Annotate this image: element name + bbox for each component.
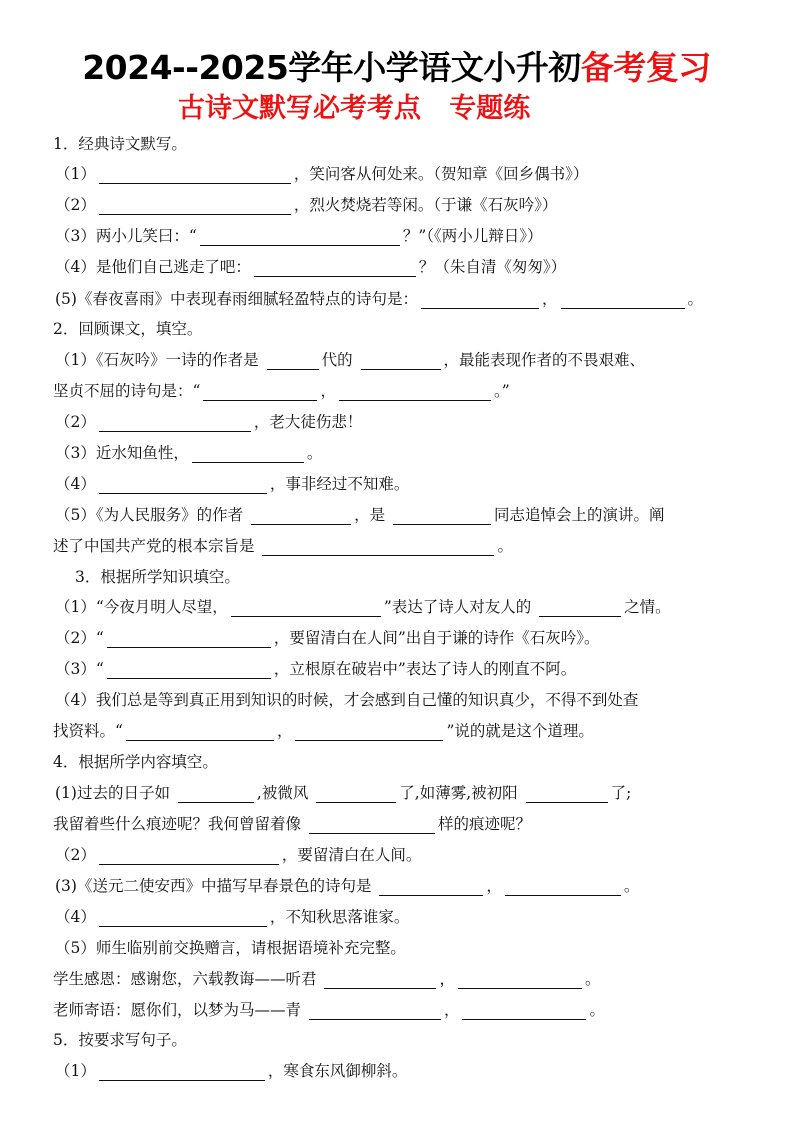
question-1-4: （4）是他们自己逃走了吧：？（朱自清《匆匆》） <box>55 257 566 277</box>
section-heading-2: 2．回顾课文，填空。 <box>53 319 202 339</box>
title-red-part: 备考复习 <box>581 48 711 87</box>
answer-blank[interactable] <box>309 1002 441 1020</box>
answer-blank[interactable] <box>295 723 443 741</box>
question-1-1: （1），笑问客从何处来。（贺知章《回乡偶书》） <box>55 164 588 184</box>
section-heading-3: 3．根据所学知识填空。 <box>75 567 240 587</box>
question-2-4: （4），事非经过不知难。 <box>55 474 409 494</box>
question-3-4-cont: 找资料。“，”说的就是这个道理。 <box>53 721 594 741</box>
answer-blank[interactable] <box>126 723 274 741</box>
section-heading-4: 4．根据所学内容填空。 <box>53 752 218 772</box>
question-3-1: （1）“今夜月明人尽望，”表达了诗人对友人的 之情。 <box>55 597 671 617</box>
answer-blank[interactable] <box>254 259 416 277</box>
question-4-1-cont: 我留着些什么痕迹呢？我何曾留着像 样的痕迹呢？ <box>53 814 531 834</box>
question-4-1: (1)过去的日子如 ,被微风 了,如薄雾,被初阳 了; <box>55 783 631 803</box>
answer-blank[interactable] <box>99 166 291 184</box>
question-3-3: （3）“，立根原在破岩中”表达了诗人的刚直不阿。 <box>55 659 576 679</box>
question-2-5: （5）《为人民服务》的作者 ，是 同志追悼会上的演讲。阐 <box>55 505 665 525</box>
answer-blank[interactable] <box>262 538 494 556</box>
answer-blank[interactable] <box>200 228 400 246</box>
answer-blank[interactable] <box>192 445 304 463</box>
answer-blank[interactable] <box>99 1063 265 1081</box>
answer-blank[interactable] <box>393 507 491 525</box>
answer-blank[interactable] <box>99 197 291 215</box>
question-1-5: (5)《春夜喜雨》中表现春雨细腻轻盈特点的诗句是：，。 <box>55 289 703 309</box>
question-2-1-cont: 坚贞不屈的诗句是：“，。” <box>53 381 510 401</box>
question-4-5: （5）师生临别前交换赠言，请根据语境补充完整。 <box>55 938 406 958</box>
answer-blank[interactable] <box>421 291 539 309</box>
answer-blank[interactable] <box>458 971 582 989</box>
answer-blank[interactable] <box>526 785 608 803</box>
answer-blank[interactable] <box>267 352 319 370</box>
answer-blank[interactable] <box>99 909 267 927</box>
answer-blank[interactable] <box>309 816 435 834</box>
answer-blank[interactable] <box>339 383 491 401</box>
question-2-3: （3）近水知鱼性，。 <box>55 443 322 463</box>
question-2-2: （2），老大徒伤悲！ <box>55 412 362 432</box>
document-subtitle: 古诗文默写必考考点 专题练 <box>178 90 530 128</box>
question-4-5-student: 学生感恩：感谢您，六载教诲——听君 ，。 <box>53 969 600 989</box>
answer-blank[interactable] <box>379 878 483 896</box>
answer-blank[interactable] <box>107 661 271 679</box>
answer-blank[interactable] <box>316 785 396 803</box>
answer-blank[interactable] <box>231 599 381 617</box>
question-4-5-teacher: 老师寄语：愿你们，以梦为马——青 ，。 <box>53 1000 605 1020</box>
question-5-1: （1），寒食东风御柳斜。 <box>55 1061 407 1081</box>
answer-blank[interactable] <box>324 971 436 989</box>
section-heading-5: 5．按要求写句子。 <box>53 1030 187 1050</box>
answer-blank[interactable] <box>99 847 279 865</box>
question-1-2: （2），烈火焚烧若等闲。（于谦《石灰吟》） <box>55 195 557 215</box>
title-black-part: 2024--2025学年小学语文小升初 <box>82 48 581 87</box>
section-heading-1: 1．经典诗文默写。 <box>53 134 187 154</box>
answer-blank[interactable] <box>505 878 621 896</box>
answer-blank[interactable] <box>203 383 317 401</box>
question-3-4: （4）我们总是等到真正用到知识的时候，才会感到自己懂的知识真少，不得不到处查 <box>55 690 638 710</box>
question-4-2: （2），要留清白在人间。 <box>55 845 421 865</box>
question-1-3: （3）两小儿笑曰：“？”（《两小儿辩日》） <box>55 226 543 246</box>
answer-blank[interactable] <box>107 630 271 648</box>
answer-blank[interactable] <box>99 476 267 494</box>
question-4-4: （4），不知秋思落谁家。 <box>55 907 409 927</box>
answer-blank[interactable] <box>251 507 351 525</box>
answer-blank[interactable] <box>539 599 621 617</box>
question-2-1: （1）《石灰吟》一诗的作者是 代的 ，最能表现作者的不畏艰难、 <box>55 350 645 370</box>
answer-blank[interactable] <box>361 352 441 370</box>
answer-blank[interactable] <box>178 785 254 803</box>
question-4-3: (3)《送元二使安西》中描写早春景色的诗句是 ，。 <box>55 876 639 896</box>
question-3-2: （2）“，要留清白在人间”出自于谦的诗作《石灰吟》。 <box>55 628 600 648</box>
question-2-5-cont: 述了中国共产党的根本宗旨是 。 <box>53 536 513 556</box>
answer-blank[interactable] <box>561 291 685 309</box>
answer-blank[interactable] <box>99 414 251 432</box>
answer-blank[interactable] <box>462 1002 586 1020</box>
document-title: 2024--2025学年小学语文小升初备考复习 <box>0 46 793 90</box>
